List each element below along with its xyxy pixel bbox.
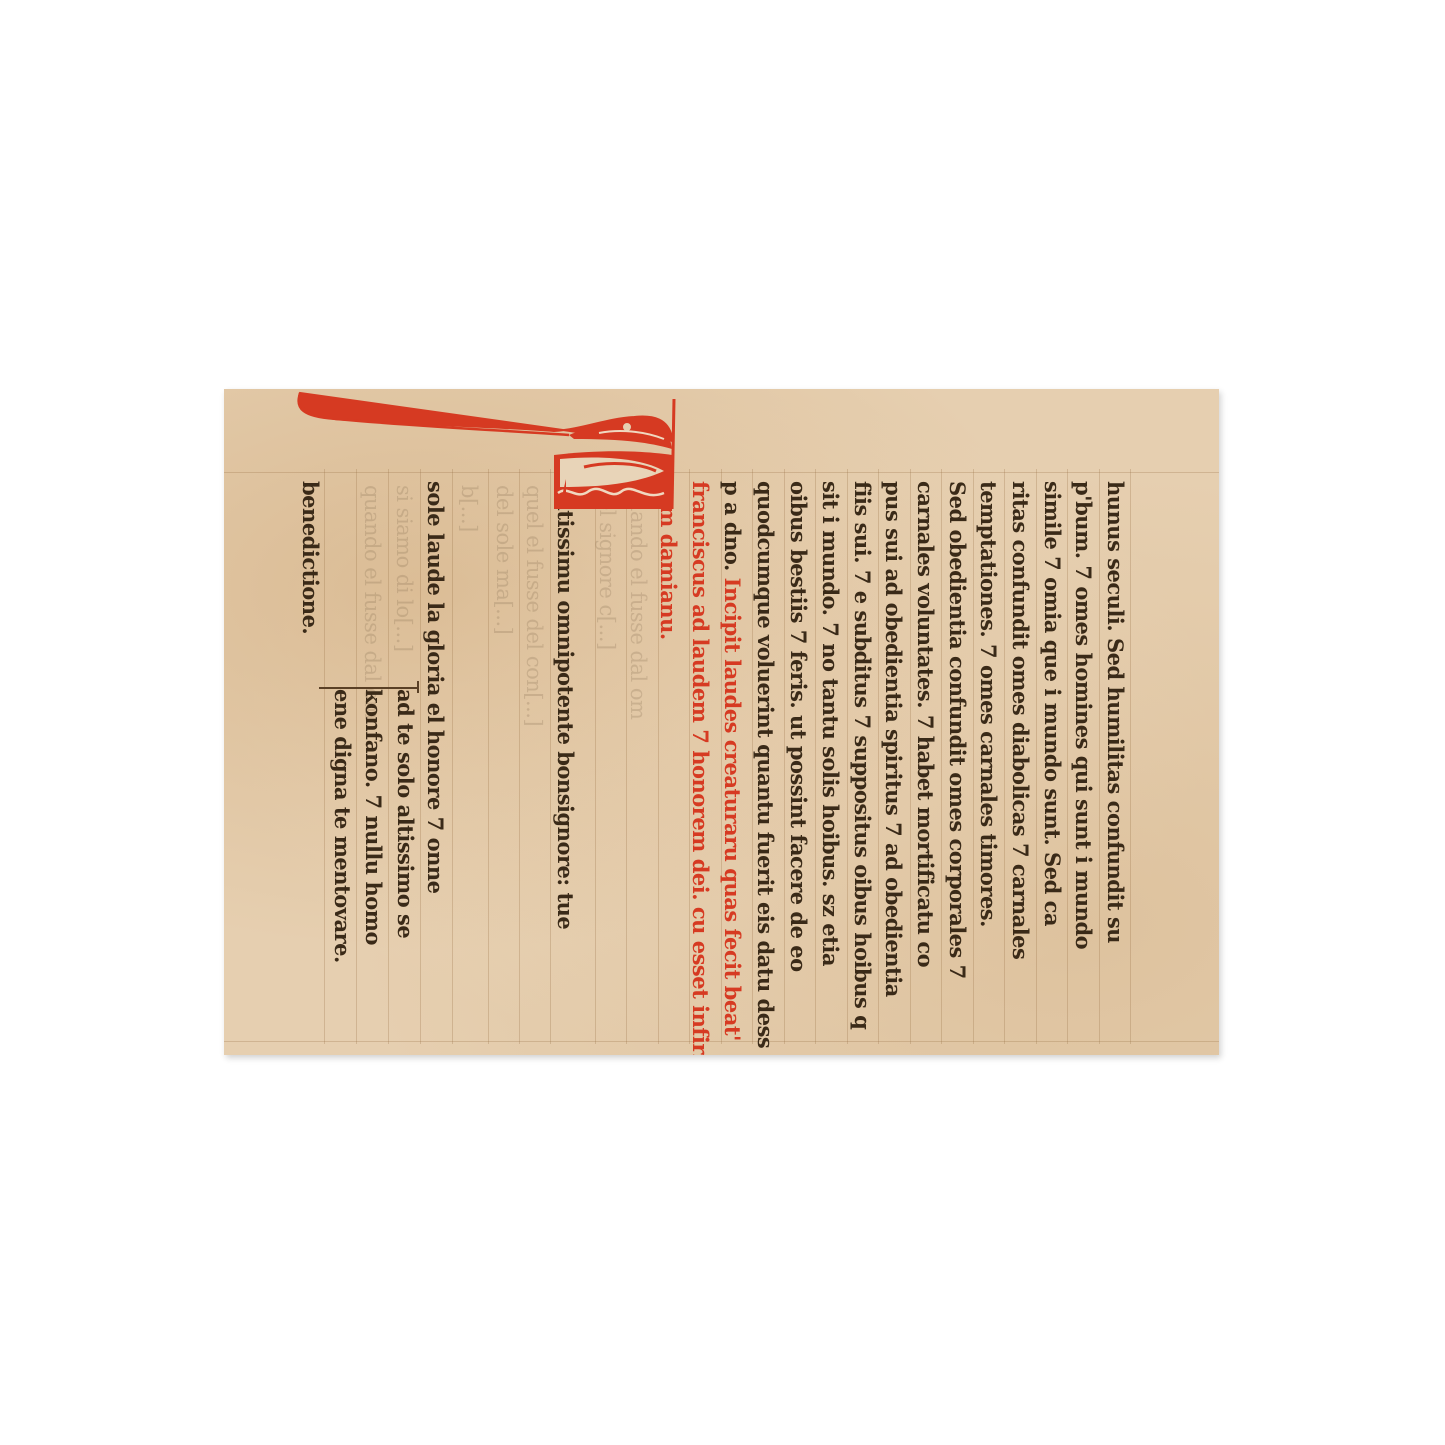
- decorated-initial-icon: [224, 389, 1219, 1055]
- manuscript-page: quando el fusse dal om bel signore c[...…: [224, 389, 1219, 1055]
